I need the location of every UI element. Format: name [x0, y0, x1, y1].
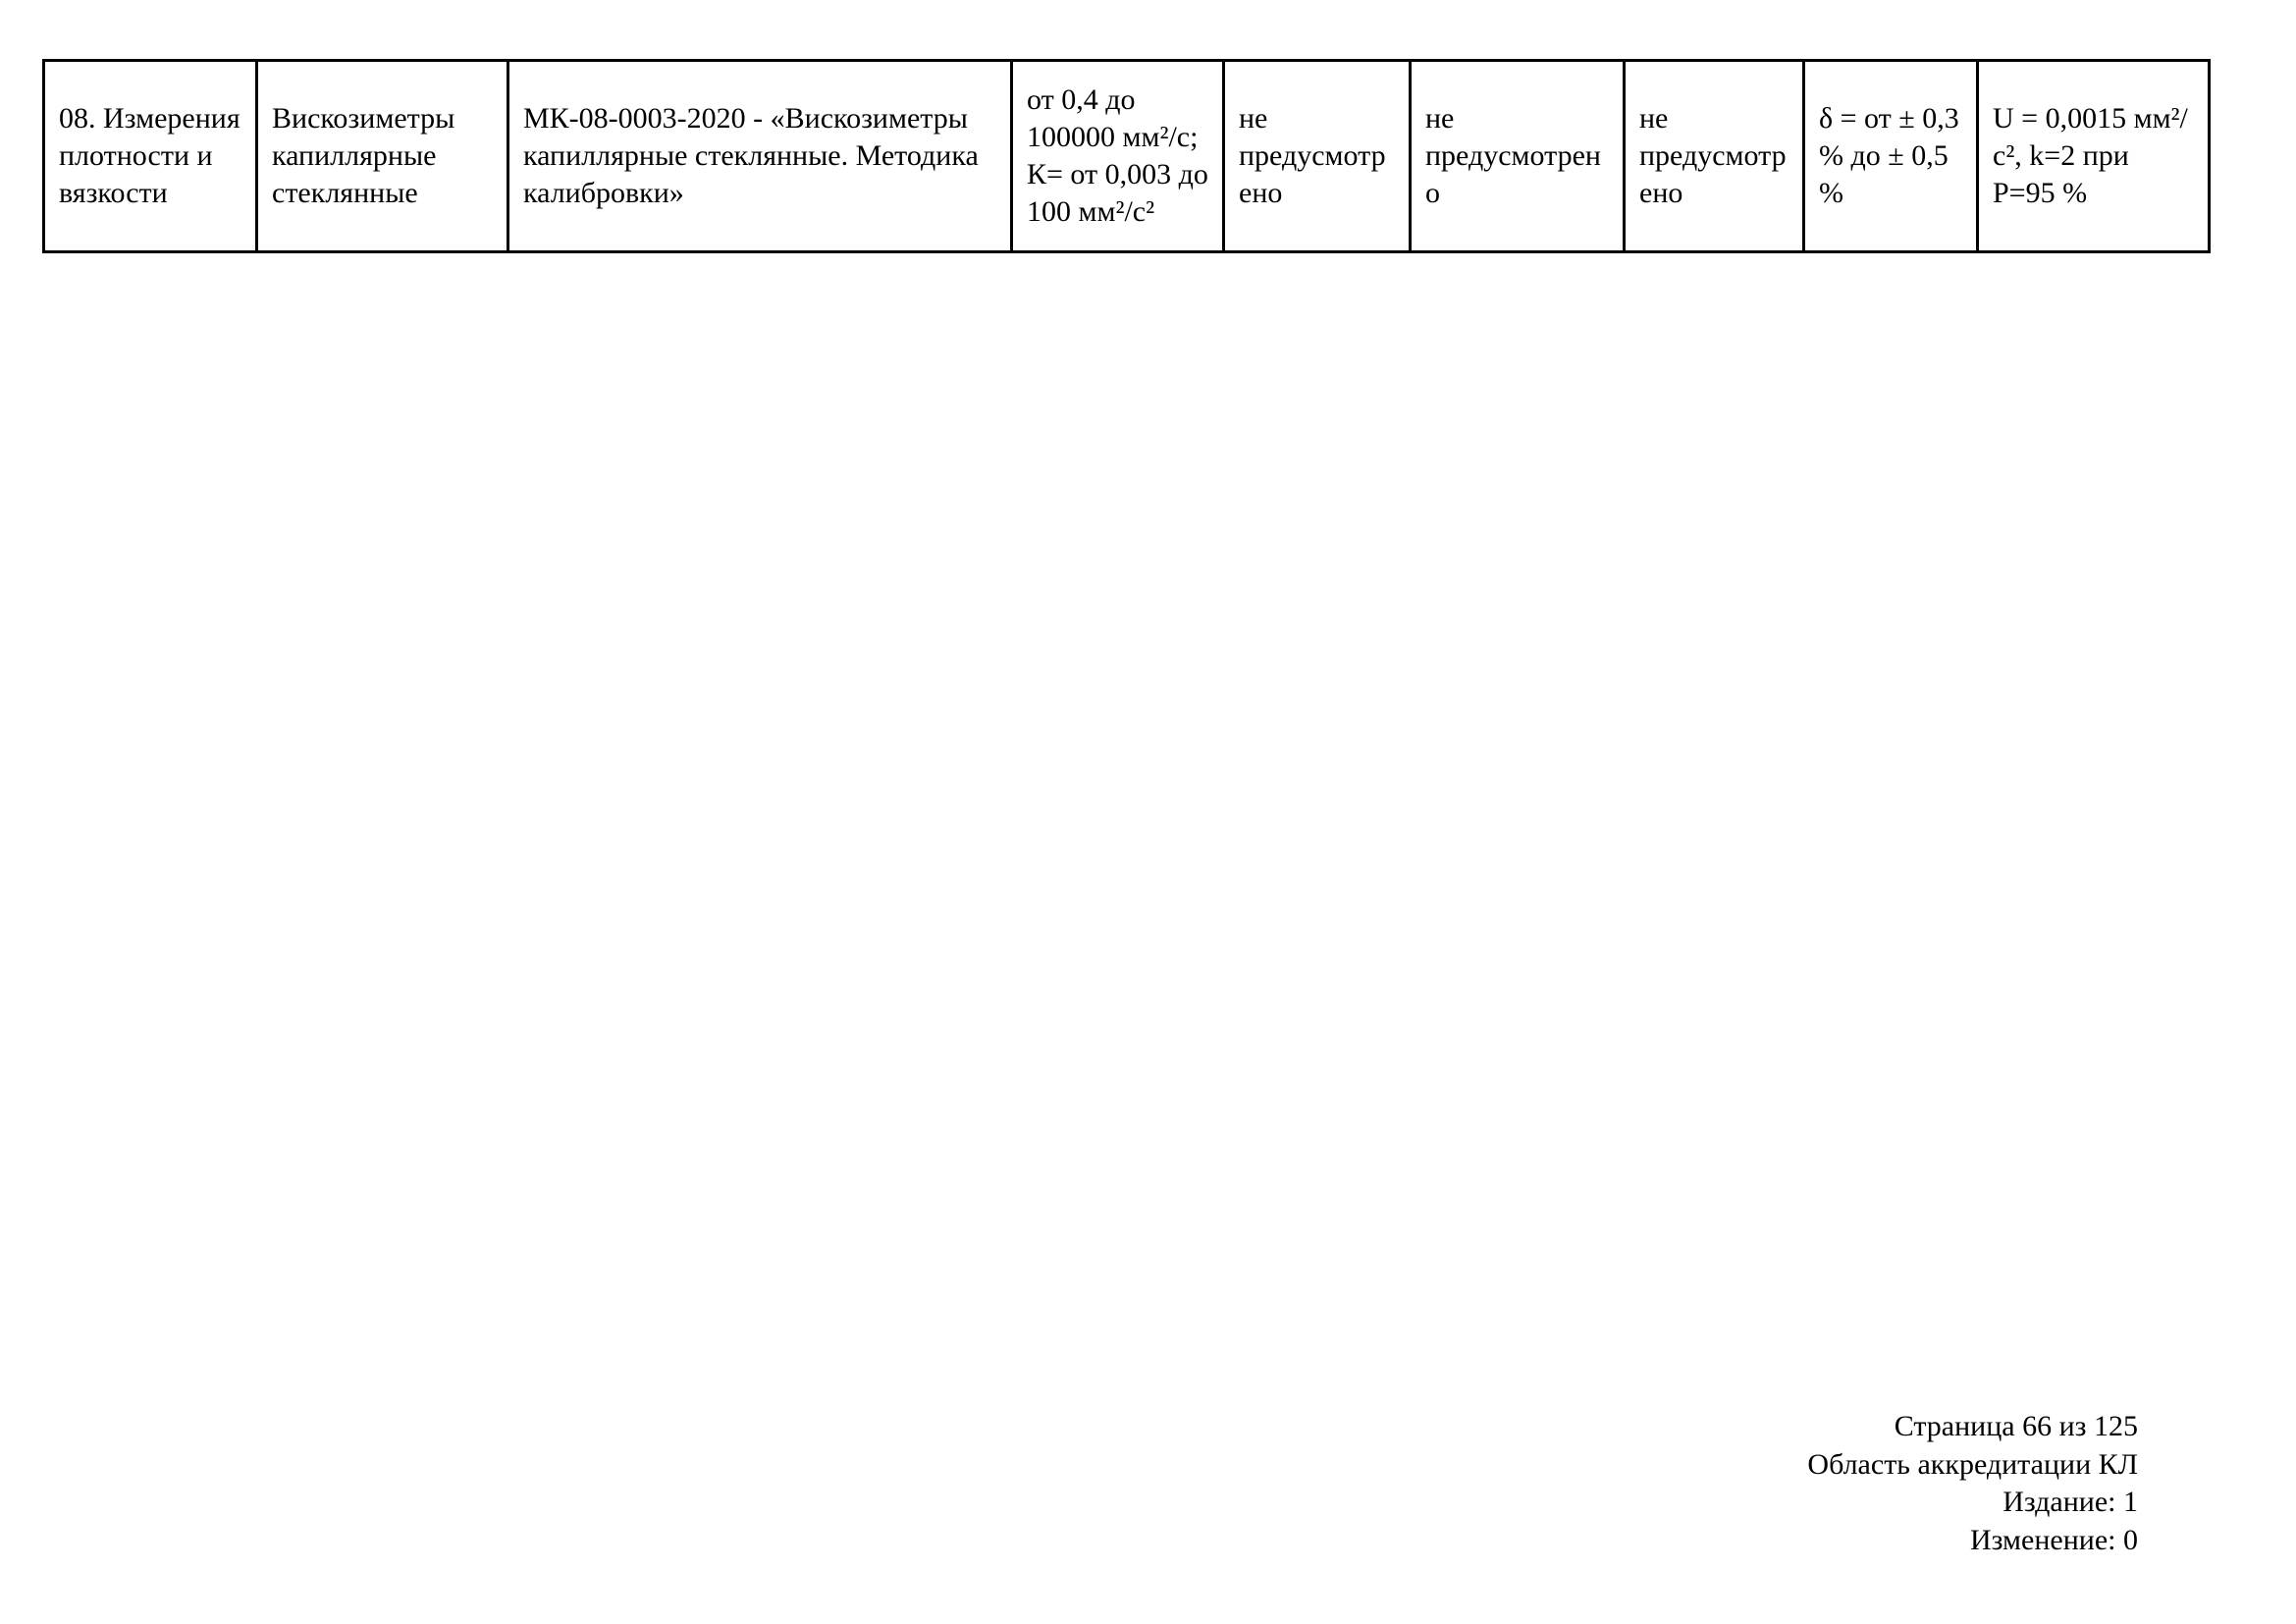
not-provided-cell-1: не предусмотрено — [1224, 61, 1411, 252]
not-provided-cell-3: не предусмотрено — [1625, 61, 1804, 252]
page-footer: Страница 66 из 125 Область аккредитации … — [1807, 1408, 2138, 1559]
measurement-area-cell: 08. Измерения плотности и вязкости — [44, 61, 257, 252]
not-provided-cell-2: не предусмотрено — [1411, 61, 1625, 252]
uncertainty-cell: U = 0,0015 мм²/с², k=2 при P=95 % — [1978, 61, 2210, 252]
scope-label: Область аккредитации КЛ — [1807, 1446, 2138, 1485]
instrument-cell: Вискозиметры капиллярные стеклянные — [257, 61, 508, 252]
accreditation-scope-table: 08. Измерения плотности и вязкости Виско… — [42, 59, 2211, 253]
change-label: Изменение: 0 — [1807, 1522, 2138, 1560]
range-cell: от 0,4 до 100000 мм²/с; К= от 0,003 до 1… — [1012, 61, 1224, 252]
edition-label: Издание: 1 — [1807, 1484, 2138, 1522]
accuracy-cell: δ = от ± 0,3 % до ± 0,5 % — [1804, 61, 1978, 252]
method-cell: МК-08-0003-2020 - «Вискозиметры капилляр… — [508, 61, 1012, 252]
table-row: 08. Измерения плотности и вязкости Виско… — [44, 61, 2210, 252]
page-number: Страница 66 из 125 — [1807, 1408, 2138, 1446]
